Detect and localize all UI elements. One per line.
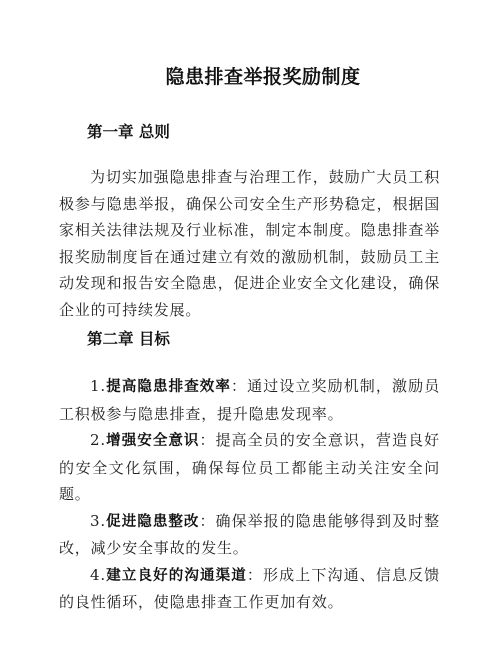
goal-title: 促进隐患整改	[106, 514, 200, 530]
chapter-2-heading: 第二章 目标	[87, 327, 170, 349]
goal-number: 3.	[90, 512, 106, 530]
chapter-2-list: 1.提高隐患排查效率：通过设立奖励机制，激励员工积极参与隐患排查，提升隐患发现率…	[59, 373, 440, 616]
goal-title: 建立良好的沟通渠道	[106, 568, 247, 584]
goal-number: 2.	[90, 431, 106, 449]
goal-number: 4.	[90, 566, 106, 584]
document-title: 隐患排查举报奖励制度	[0, 62, 500, 89]
chapter-1-paragraph: 为切实加强隐患排查与治理工作，鼓励广大员工积极参与隐患举报，确保公司安全生产形势…	[59, 164, 440, 323]
goal-number: 1.	[90, 377, 106, 395]
goal-title: 增强安全意识	[106, 433, 200, 449]
goal-item-3: 3.促进隐患整改：确保举报的隐患能够得到及时整改，减少安全事故的发生。	[59, 508, 440, 562]
goal-item-2: 2.增强安全意识：提高全员的安全意识，营造良好的安全文化氛围，确保每位员工都能主…	[59, 427, 440, 508]
goal-title: 提高隐患排查效率	[106, 379, 231, 395]
goal-item-4: 4.建立良好的沟通渠道：形成上下沟通、信息反馈的良性循环，使隐患排查工作更加有效…	[59, 562, 440, 616]
chapter-1-body: 为切实加强隐患排查与治理工作，鼓励广大员工积极参与隐患举报，确保公司安全生产形势…	[59, 164, 440, 323]
goal-item-1: 1.提高隐患排查效率：通过设立奖励机制，激励员工积极参与隐患排查，提升隐患发现率…	[59, 373, 440, 427]
chapter-1-heading: 第一章 总则	[87, 120, 170, 142]
